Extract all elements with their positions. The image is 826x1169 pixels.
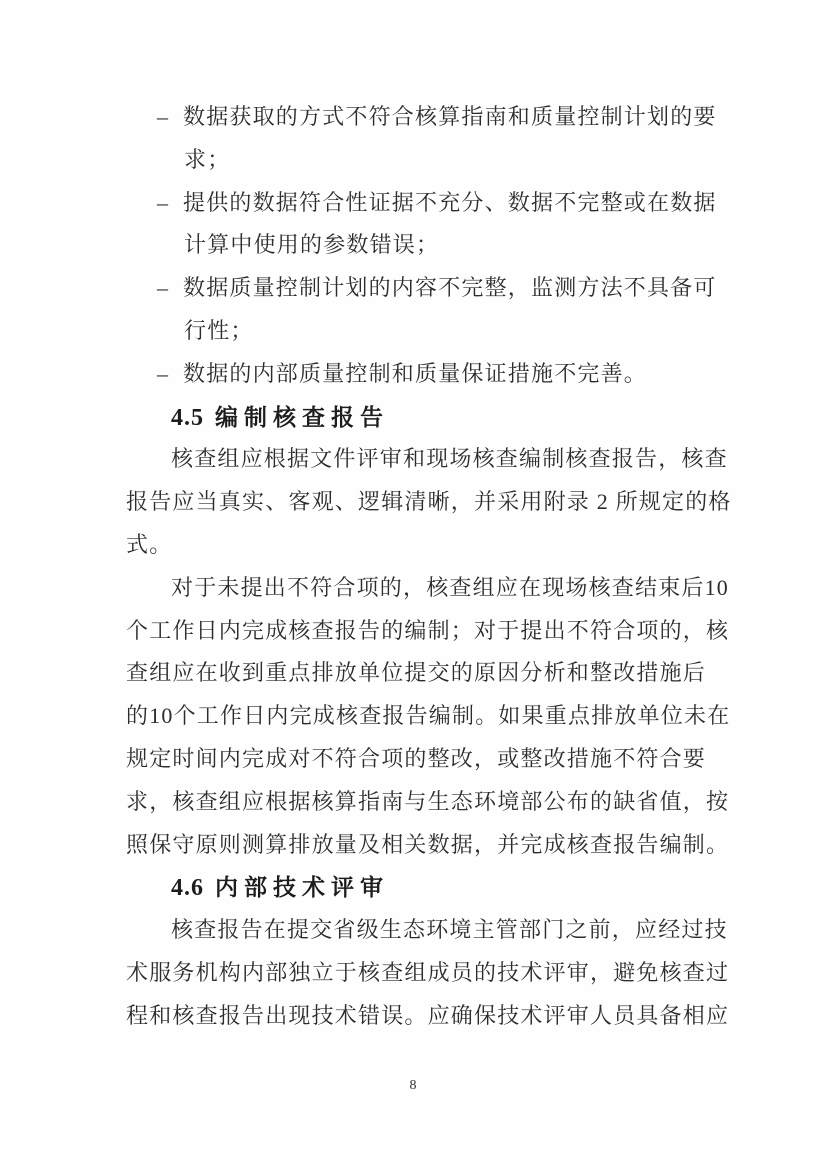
bullet-dash-icon: – (157, 267, 168, 310)
section-number: 4.5 (171, 405, 204, 431)
paragraph-line: 对于未提出不符合项的，核查组应在现场核查结束后10 (126, 567, 708, 610)
paragraph-line: 程和核查报告出现技术错误。应确保技术评审人员具备相应 (126, 995, 708, 1038)
page-number: 8 (0, 1076, 826, 1096)
page-text-block: –数据获取的方式不符合核算指南和质量控制计划的要求；–提供的数据符合性证据不充分… (126, 96, 708, 1038)
bullet-text: 数据质量控制计划的内容不完整，监测方法不具备可 (183, 275, 717, 300)
section-heading: 4.6内部技术评审 (126, 866, 708, 909)
section-number: 4.6 (171, 875, 204, 901)
paragraph-line: 术服务机构内部独立于核查组成员的技术评审，避免核查过 (126, 952, 708, 995)
bullet-text: 数据的内部质量控制和质量保证措施不完善。 (183, 361, 647, 386)
bullet-item-line: –数据质量控制计划的内容不完整，监测方法不具备可 (126, 267, 708, 310)
paragraph-line: 式。 (126, 524, 708, 567)
bullet-item-line: –数据获取的方式不符合核算指南和质量控制计划的要 (126, 96, 708, 139)
bullet-item-line: –提供的数据符合性证据不充分、数据不完整或在数据 (126, 182, 708, 225)
paragraph-line: 查组应在收到重点排放单位提交的原因分析和整改措施后 (126, 652, 708, 695)
paragraph-line: 规定时间内完成对不符合项的整改，或整改措施不符合要 (126, 738, 708, 781)
paragraph-line: 的10个工作日内完成核查报告编制。如果重点排放单位未在 (126, 695, 708, 738)
bullet-item-line: –数据的内部质量控制和质量保证措施不完善。 (126, 353, 708, 396)
bullet-text: 数据获取的方式不符合核算指南和质量控制计划的要 (183, 104, 717, 129)
bullet-dash-icon: – (157, 96, 168, 139)
bullet-dash-icon: – (157, 182, 168, 225)
document-page: –数据获取的方式不符合核算指南和质量控制计划的要求；–提供的数据符合性证据不充分… (0, 0, 826, 1169)
paragraph-line: 个工作日内完成核查报告的编制；对于提出不符合项的，核 (126, 610, 708, 653)
paragraph-line: 报告应当真实、客观、逻辑清晰，并采用附录 2 所规定的格 (126, 481, 708, 524)
bullet-dash-icon: – (157, 353, 168, 396)
bullet-continuation-line: 计算中使用的参数错误； (126, 224, 708, 267)
bullet-continuation-line: 行性； (126, 310, 708, 353)
section-heading: 4.5编制核查报告 (126, 396, 708, 439)
paragraph-line: 照保守原则测算排放量及相关数据，并完成核查报告编制。 (126, 824, 708, 867)
paragraph-line: 核查报告在提交省级生态环境主管部门之前，应经过技 (126, 909, 708, 952)
paragraph-line: 求，核查组应根据核算指南与生态环境部公布的缺省值，按 (126, 781, 708, 824)
section-title: 内部技术评审 (215, 874, 389, 900)
paragraph-line: 核查组应根据文件评审和现场核查编制核查报告，核查 (126, 438, 708, 481)
bullet-continuation-line: 求； (126, 139, 708, 182)
section-title: 编制核查报告 (215, 404, 389, 430)
bullet-text: 提供的数据符合性证据不充分、数据不完整或在数据 (183, 190, 717, 215)
